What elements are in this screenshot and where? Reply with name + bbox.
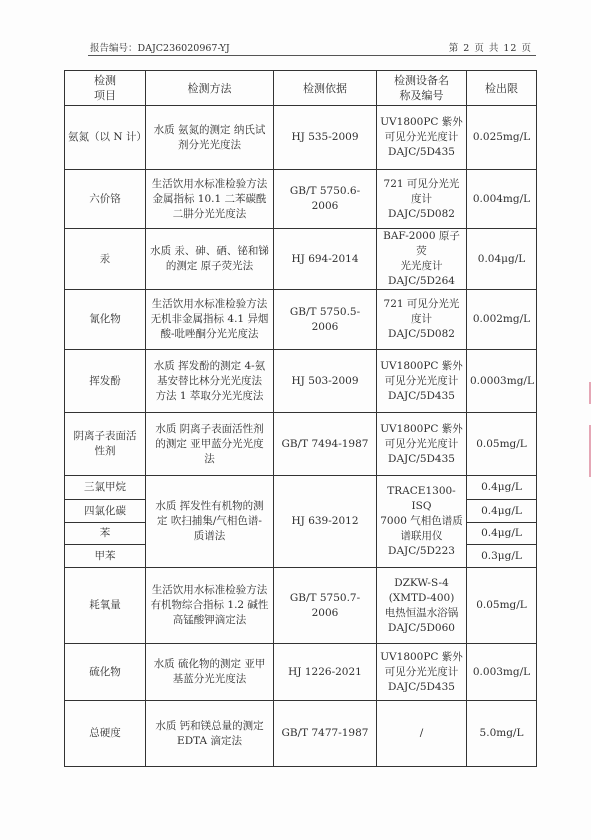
cell-equipment: UV1800PC 紫外 可见分光光度计 DAJC/5D435 (377, 106, 467, 170)
cell-basis: GB/T 5750.7-2006 (274, 568, 377, 644)
cell-method: 生活饮用水标准检验方法 有机物综合指标 1.2 碱性 高锰酸钾滴定法 (146, 568, 274, 644)
cell-item: 阴离子表面活 性剂 (65, 413, 146, 476)
cell-basis: HJ 639-2012 (274, 476, 377, 568)
table-row: 汞 水质 汞、砷、硒、铋和锑 的测定 原子荧光法 HJ 694-2014 BAF… (65, 229, 537, 290)
cell-limit: 0.05mg/L (467, 568, 537, 644)
cell-method: 水质 氨氮的测定 纳氏试 剂分光光度法 (146, 106, 274, 170)
cell-equipment: BAF-2000 原子荧 光光度计 DAJC/5D264 (377, 229, 467, 290)
cell-equipment: DZKW-S-4 (XMTD-400) 电热恒温水浴锅 DAJC/5D060 (377, 568, 467, 644)
cell-item: 氰化物 (65, 290, 146, 350)
cell-limit: 5.0mg/L (467, 701, 537, 767)
cell-basis: HJ 694-2014 (274, 229, 377, 290)
cell-method: 生活饮用水标准检验方法 无机非金属指标 4.1 异烟 酸-吡唑酮分光光度法 (146, 290, 274, 350)
table-row: 氰化物 生活饮用水标准检验方法 无机非金属指标 4.1 异烟 酸-吡唑酮分光光度… (65, 290, 537, 350)
cell-method: 水质 汞、砷、硒、铋和锑 的测定 原子荧光法 (146, 229, 274, 290)
table-header-row: 检测 项目 检测方法 检测依据 检测设备名 称及编号 检出限 (65, 71, 537, 106)
cell-basis: HJ 535-2009 (274, 106, 377, 170)
cell-limit: 0.002mg/L (467, 290, 537, 350)
col-header-item: 检测 项目 (65, 71, 146, 106)
cell-limit: 0.04μg/L (467, 229, 537, 290)
table-row: 六价铬 生活饮用水标准检验方法 金属指标 10.1 二苯碳酰 二肼分光光度法 G… (65, 170, 537, 229)
cell-item: 耗氧量 (65, 568, 146, 644)
col-header-method: 检测方法 (146, 71, 274, 106)
cell-limit: 0.4μg/L (467, 523, 537, 545)
cell-limit: 0.004mg/L (467, 170, 537, 229)
cell-method: 水质 钙和镁总量的测定 EDTA 滴定法 (146, 701, 274, 767)
cell-method: 水质 挥发酚的测定 4-氨 基安替比林分光光度法 方法 1 萃取分光光度法 (146, 350, 274, 413)
cell-item: 苯 (65, 523, 146, 545)
cell-item: 硫化物 (65, 644, 146, 701)
cell-item: 四氯化碳 (65, 500, 146, 523)
cell-limit: 0.05mg/L (467, 413, 537, 476)
table-row: 总硬度 水质 钙和镁总量的测定 EDTA 滴定法 GB/T 7477-1987 … (65, 701, 537, 767)
table-row: 硫化物 水质 硫化物的测定 亚甲 基蓝分光光度法 HJ 1226-2021 UV… (65, 644, 537, 701)
cell-equipment: 721 可见分光光 度计 DAJC/5D082 (377, 170, 467, 229)
cell-basis: GB/T 7477-1987 (274, 701, 377, 767)
report-number: 报告编号：DAJC236020967-YJ (90, 40, 230, 54)
cell-equipment: UV1800PC 紫外 可见分光光度计 DAJC/5D435 (377, 350, 467, 413)
cell-equipment: TRACE1300-ISQ 7000 气相色谱质 谱联用仪 DAJC/5D223 (377, 476, 467, 568)
cell-limit: 0.0003mg/L (467, 350, 537, 413)
cell-basis: GB/T 5750.6-2006 (274, 170, 377, 229)
cell-limit: 0.025mg/L (467, 106, 537, 170)
cell-equipment: 721 可见分光光 度计 DAJC/5D082 (377, 290, 467, 350)
cell-basis: HJ 1226-2021 (274, 644, 377, 701)
col-header-limit: 检出限 (467, 71, 537, 106)
cell-equipment: UV1800PC 紫外 可见分光光度计 DAJC/5D435 (377, 413, 467, 476)
cell-method: 生活饮用水标准检验方法 金属指标 10.1 二苯碳酰 二肼分光光度法 (146, 170, 274, 229)
cell-equipment: UV1800PC 紫外 可见分光光度计 DAJC/5D435 (377, 644, 467, 701)
cell-item: 甲苯 (65, 545, 146, 568)
cell-method: 水质 硫化物的测定 亚甲 基蓝分光光度法 (146, 644, 274, 701)
detection-methods-table: 检测 项目 检测方法 检测依据 检测设备名 称及编号 检出限 氨氮（以 N 计）… (64, 70, 537, 767)
table-row: 氨氮（以 N 计） 水质 氨氮的测定 纳氏试 剂分光光度法 HJ 535-200… (65, 106, 537, 170)
cell-limit: 0.4μg/L (467, 476, 537, 500)
cell-item: 总硬度 (65, 701, 146, 767)
table-row: 耗氧量 生活饮用水标准检验方法 有机物综合指标 1.2 碱性 高锰酸钾滴定法 G… (65, 568, 537, 644)
cell-limit: 0.4μg/L (467, 500, 537, 523)
col-header-equipment: 检测设备名 称及编号 (377, 71, 467, 106)
cell-item: 六价铬 (65, 170, 146, 229)
cell-basis: HJ 503-2009 (274, 350, 377, 413)
cell-item: 氨氮（以 N 计） (65, 106, 146, 170)
page-header: 报告编号：DAJC236020967-YJ 第 2 页 共 12 页 (88, 38, 536, 56)
cell-basis: GB/T 7494-1987 (274, 413, 377, 476)
cell-equipment: / (377, 701, 467, 767)
table-row: 挥发酚 水质 挥发酚的测定 4-氨 基安替比林分光光度法 方法 1 萃取分光光度… (65, 350, 537, 413)
table-row: 三氯甲烷 水质 挥发性有机物的测 定 吹扫捕集/气相色谱- 质谱法 HJ 639… (65, 476, 537, 500)
cell-method: 水质 阴离子表面活性剂 的测定 亚甲蓝分光光度 法 (146, 413, 274, 476)
table-row: 阴离子表面活 性剂 水质 阴离子表面活性剂 的测定 亚甲蓝分光光度 法 GB/T… (65, 413, 537, 476)
cell-limit: 0.3μg/L (467, 545, 537, 568)
cell-item: 汞 (65, 229, 146, 290)
page-number: 第 2 页 共 12 页 (449, 40, 532, 54)
cell-limit: 0.003mg/L (467, 644, 537, 701)
cell-item: 三氯甲烷 (65, 476, 146, 500)
cell-item: 挥发酚 (65, 350, 146, 413)
cell-basis: GB/T 5750.5-2006 (274, 290, 377, 350)
cell-method: 水质 挥发性有机物的测 定 吹扫捕集/气相色谱- 质谱法 (146, 476, 274, 568)
col-header-basis: 检测依据 (274, 71, 377, 106)
